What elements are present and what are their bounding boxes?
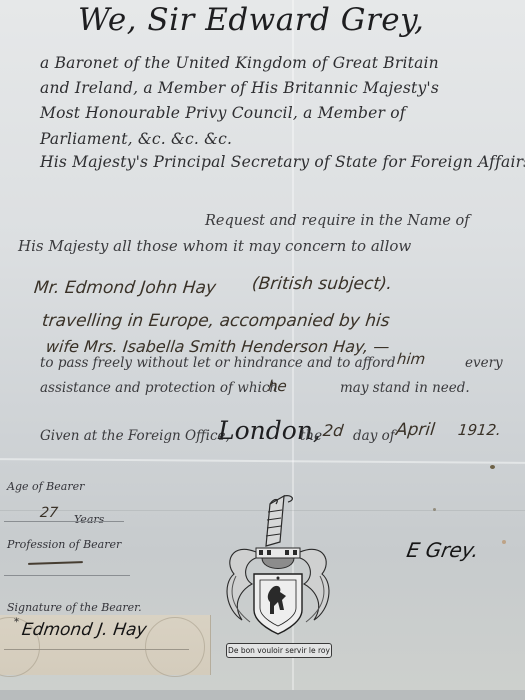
signature-label: Signature of the Bearer.: [7, 601, 142, 614]
handwritten-wife: wife Mrs. Isabella Smith Henderson Hay, …: [45, 337, 390, 356]
paper-stain: [502, 540, 506, 544]
issuer-signature: E Grey.: [405, 538, 481, 562]
handwritten-travel: travelling in Europe, accompanied by his: [41, 311, 391, 331]
bearer-signature: Edmond J. Hay: [21, 620, 148, 640]
profession-label: Profession of Bearer: [7, 538, 121, 551]
coat-of-arms-icon: [222, 492, 334, 652]
profession-rule: [4, 575, 130, 576]
given-day-of: day of: [353, 428, 395, 444]
header-line-1: a Baronet of the United Kingdom of Great…: [40, 54, 439, 72]
document-title: We, Sir Edward Grey,: [78, 2, 424, 38]
handwritten-pronoun-he: he: [267, 377, 288, 395]
handwritten-bearer-name: Mr. Edmond John Hay: [33, 278, 217, 298]
profession-value-dash: [28, 561, 83, 565]
emboss-seal-right: [145, 617, 205, 677]
age-value: 27: [39, 505, 59, 521]
header-line-2: and Ireland, a Member of His Britannic M…: [40, 79, 439, 97]
given-day: 2d: [322, 421, 344, 440]
assist-end: may stand in need.: [340, 380, 470, 396]
given-prefix: Given at the Foreign Office,: [40, 428, 230, 444]
paper-stain: [490, 465, 495, 469]
given-month: April: [395, 420, 436, 440]
majesty-line: His Majesty all those whom it may concer…: [18, 237, 411, 255]
age-label: Age of Bearer: [7, 480, 84, 493]
crest-motto: De bon vouloir servir le roy: [226, 643, 332, 658]
given-the: the: [300, 428, 322, 444]
header-line-5: His Majesty's Principal Secretary of Sta…: [40, 153, 525, 171]
paper-stain: [433, 508, 436, 511]
assist-line: assistance and protection of which: [40, 380, 278, 396]
horizontal-fold-crease: [0, 458, 525, 464]
handwritten-pronoun-him: him: [396, 350, 426, 368]
given-year: 1912.: [457, 421, 502, 439]
signature-marker: *: [14, 617, 19, 628]
header-line-3: Most Honourable Privy Council, a Member …: [40, 104, 406, 122]
request-line: Request and require in the Name of: [205, 213, 470, 229]
pass-every: every: [465, 355, 503, 371]
passport-document: We, Sir Edward Grey, a Baronet of the Un…: [0, 0, 525, 690]
signature-rule: [4, 649, 189, 650]
age-rule: [4, 521, 124, 522]
handwritten-nationality: (British subject).: [251, 274, 393, 294]
years-label: Years: [74, 513, 104, 526]
header-line-4: Parliament, &c. &c. &c.: [40, 130, 232, 148]
pass-line: to pass freely without let or hindrance …: [40, 355, 396, 371]
page-bottom-edge: [0, 690, 525, 700]
